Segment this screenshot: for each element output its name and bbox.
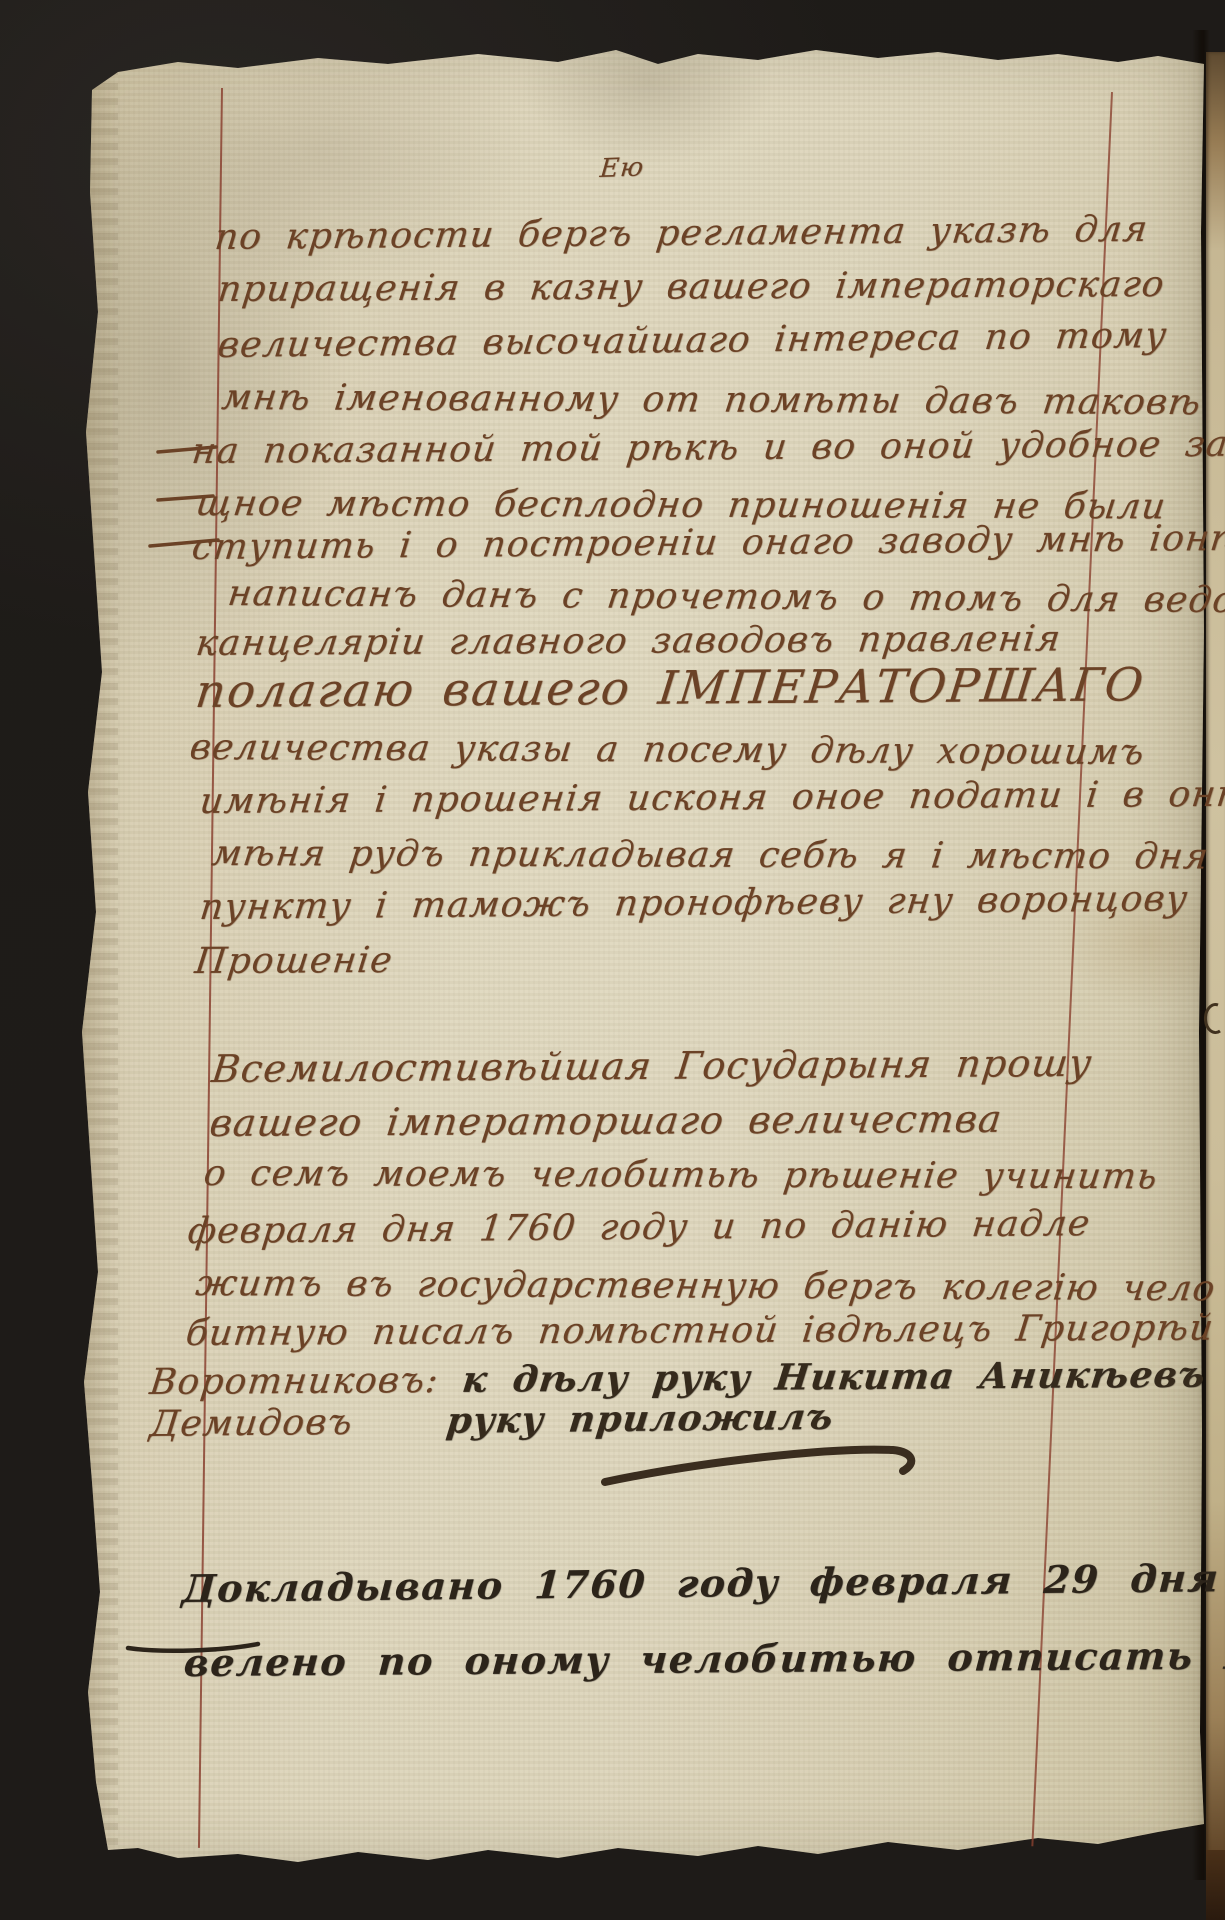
manuscript-line: величества указы а посему дѣлу хорошимъ (188, 730, 1147, 771)
clerk-name: Демидовъ (148, 1402, 356, 1445)
docket-line: велено по оному челобитью отписать Голов… (183, 1635, 1225, 1682)
manuscript-line: написанъ данъ с прочетомъ о томъ для вед… (226, 576, 1225, 619)
interlinear-insertion: Ею (599, 154, 646, 182)
manuscript-line: Демидовъ руку приложилъ (148, 1399, 836, 1443)
manuscript-line-emphasis: полагаю вашего ІМПЕРАТОРШАГО (193, 661, 1147, 714)
manuscript-line: Всемилостивѣйшая Государыня прошу (210, 1044, 1095, 1088)
manuscript-line: ступить і о построеніи онаго заводу мнѣ … (190, 521, 1225, 566)
manuscript-line: житъ въ государственную бергъ колегію че… (194, 1266, 1218, 1307)
signature-hand: руку приложилъ (444, 1396, 836, 1442)
signature-hand: к дѣлу руку Никита Аникѣевъ сынъ (460, 1353, 1225, 1401)
manuscript-line: февраля дня 1760 году и по данію надле (186, 1206, 1092, 1250)
clerk-name: Воротниковъ: (148, 1360, 442, 1403)
manuscript-line: величества высочайшаго інтереса по тому (216, 318, 1169, 364)
manuscript-line: о семъ моемъ челобитьѣ рѣшеніе учинить (202, 1156, 1160, 1195)
manuscript-line: имѣнія і прошенія исконя оное подати і в… (198, 776, 1225, 820)
manuscript-line: битную писалъ помѣстной івдѣлецъ Григорѣ… (184, 1311, 1216, 1352)
manuscript-line: канцеляріи главного заводовъ правленія (194, 621, 1063, 662)
photograph-background: Ею по крѣпости бергъ регламента указѣ дл… (0, 0, 1225, 1920)
manuscript-line: мѣня рудъ прикладывая себѣ я і мѣсто дня (210, 836, 1211, 875)
manuscript-line: пункту і таможъ пронофѣеву гну воронцову (198, 881, 1190, 926)
manuscript-line: на показанной той рѣкѣ и во оной удобное… (190, 426, 1225, 470)
manuscript-line: вашего імператоршаго величества (208, 1100, 1005, 1142)
left-deckle-edge (58, 32, 118, 1875)
manuscript-line: приращенія в казну вашего імператорскаго (216, 267, 1167, 308)
manuscript-line: мнѣ іменованному от помѣты давъ таковѣ (220, 380, 1204, 421)
binding-edge (1206, 1850, 1225, 1920)
manuscript-line: по крѣпости бергъ регламента указѣ для (213, 212, 1150, 256)
docket-line: Докладывано 1760 году февраля 29 дня (181, 1559, 1221, 1608)
manuscript-line: Воротниковъ: к дѣлу руку Никита Аникѣевъ… (148, 1356, 1225, 1401)
manuscript-line: Прошеніе (193, 943, 395, 980)
